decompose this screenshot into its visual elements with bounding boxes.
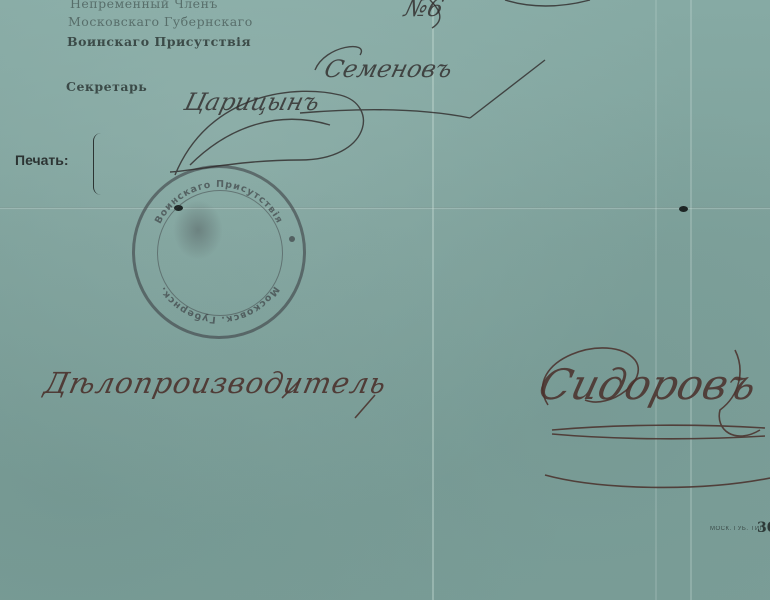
signature-flourishes [0,0,770,600]
member-signature: Семеновъ [322,55,456,83]
document-number-handwritten: №6 [402,0,447,22]
clerk-signature: Сидоровъ [534,360,762,409]
secretary-signature: Царицынъ [182,88,323,116]
clerk-title-handwritten: Дѣлопроизводитель [41,366,390,400]
form-number: 30 [757,520,770,536]
